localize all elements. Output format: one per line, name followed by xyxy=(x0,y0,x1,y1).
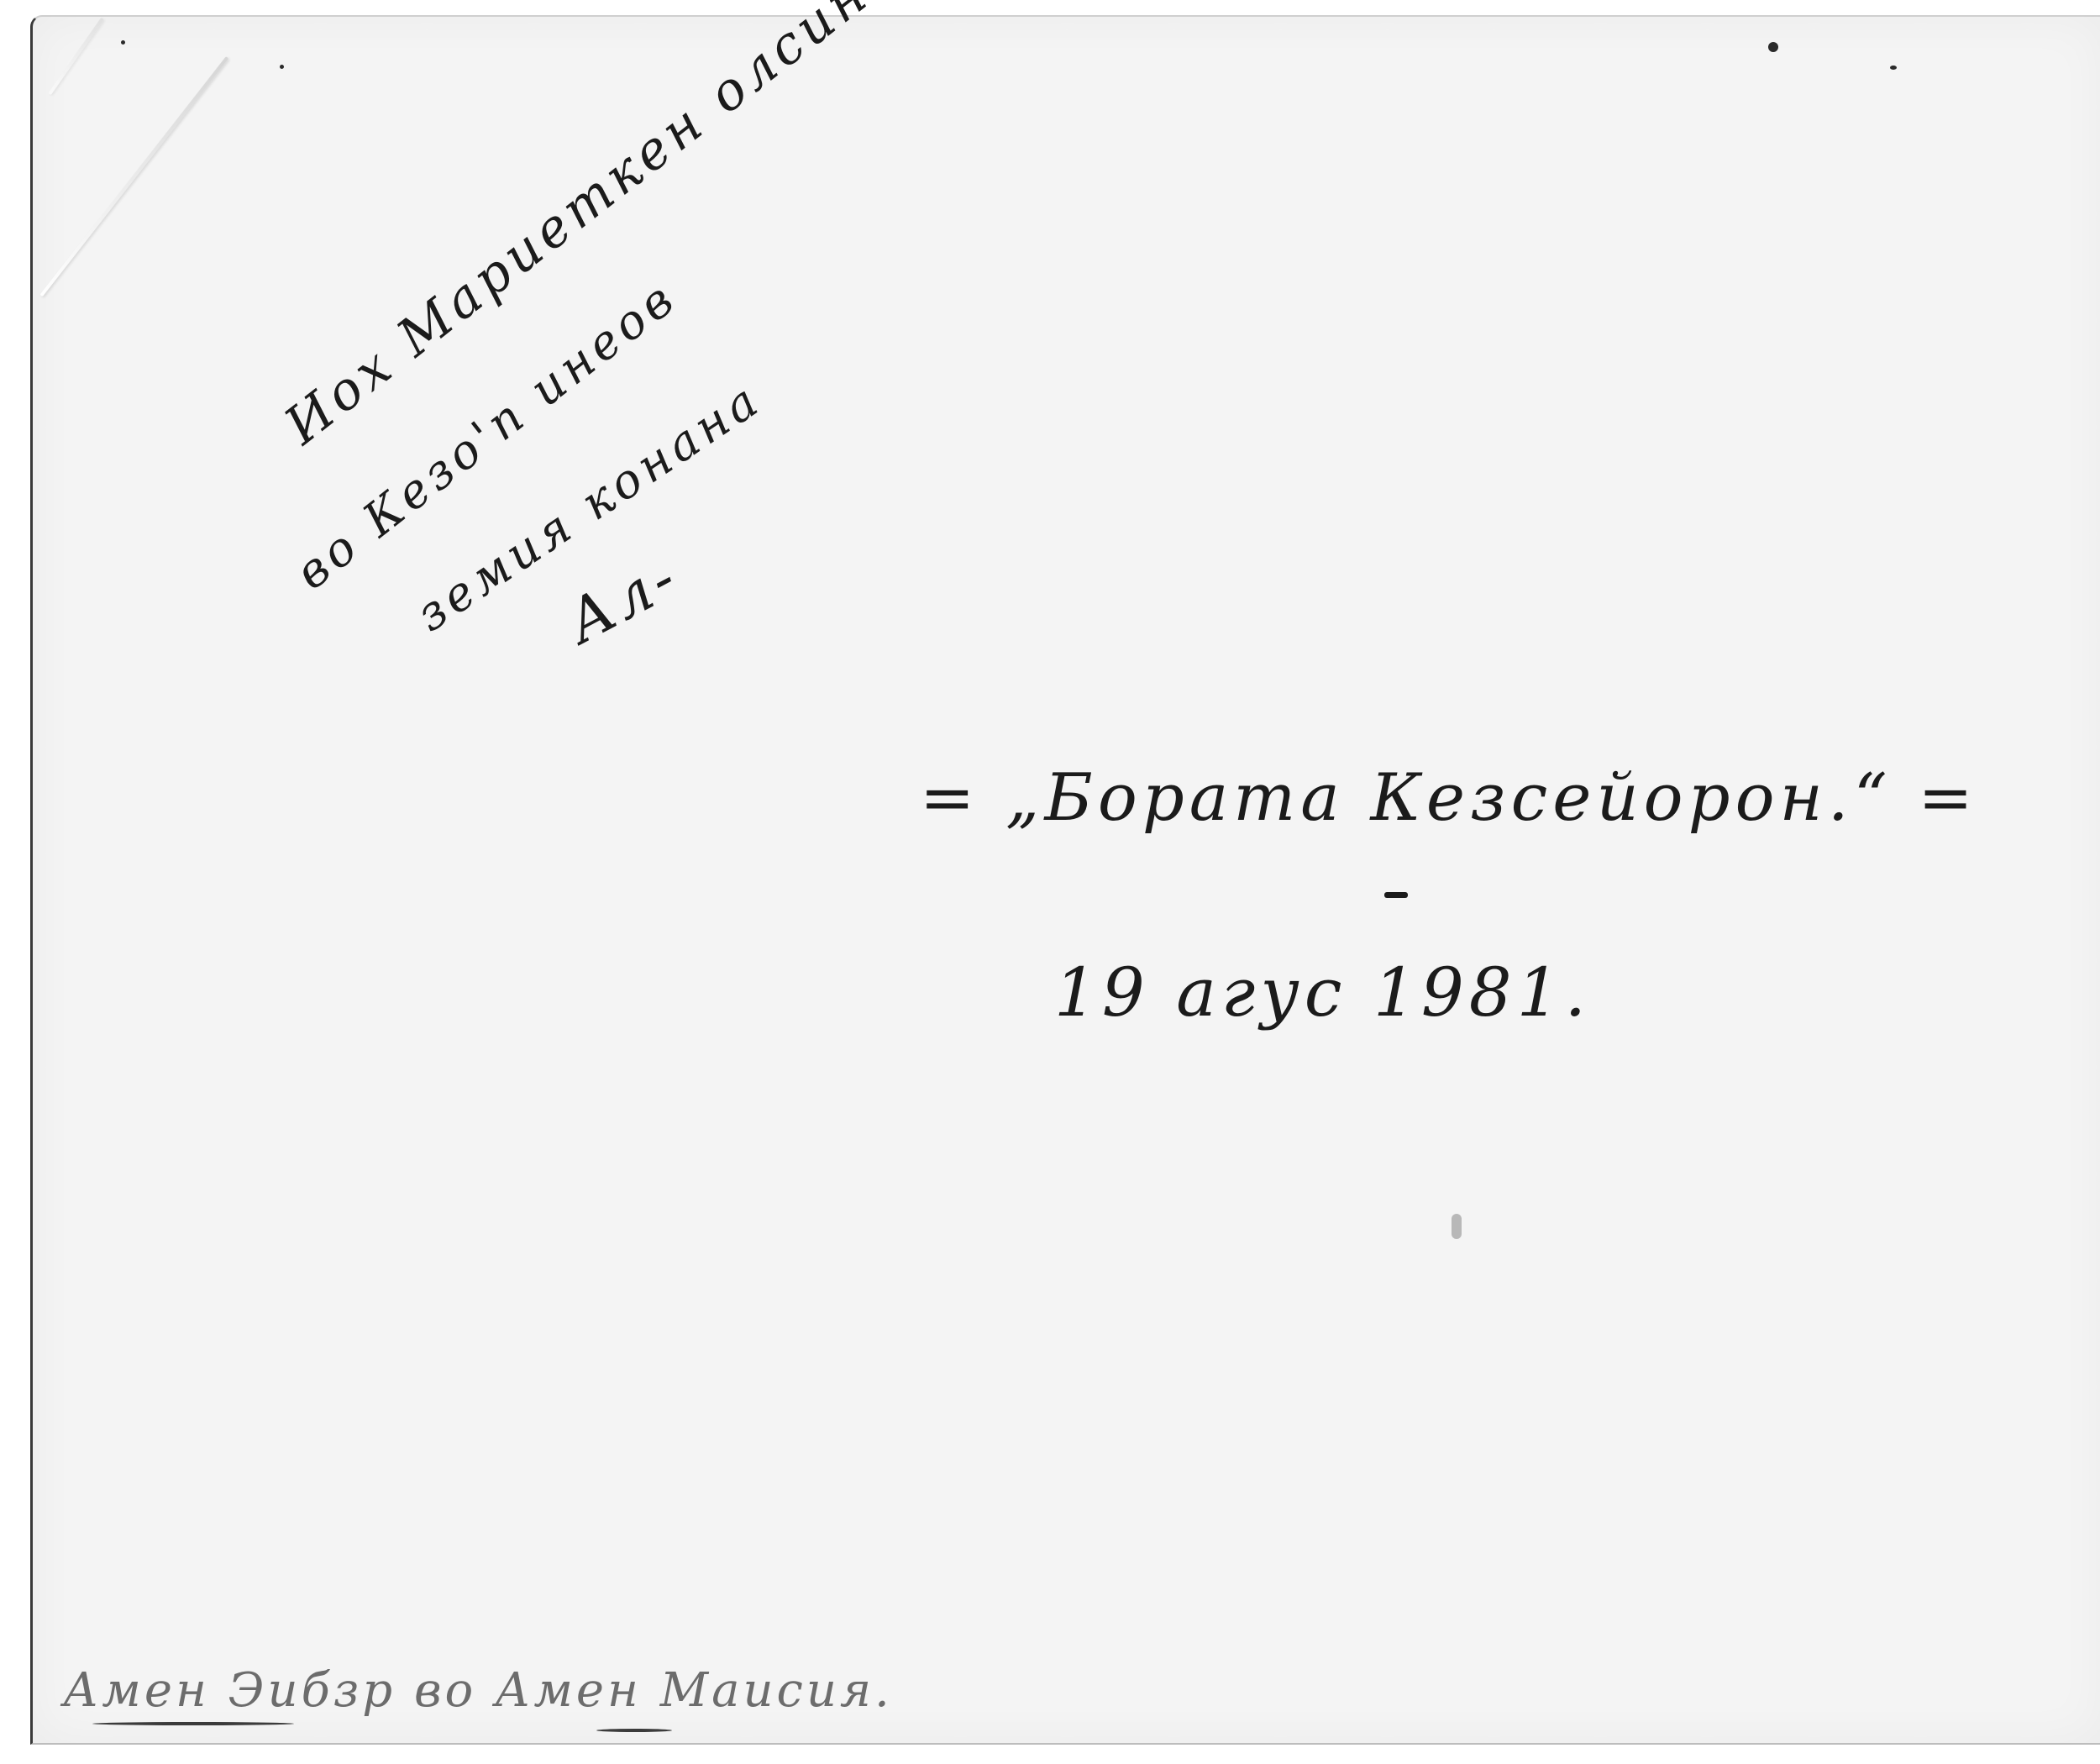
paper-crease-secondary xyxy=(48,18,103,95)
paper-crease xyxy=(39,56,228,297)
footer-pencil-note: Амен Эибзр во Амен Маисия. xyxy=(63,1663,893,1718)
footer-scribble-underline xyxy=(92,1722,294,1725)
ink-speck xyxy=(1890,66,1897,70)
title-inscription: = „Бората Кезсейорон.“ = xyxy=(920,760,1978,836)
faint-mark xyxy=(1452,1214,1462,1239)
title-underline-mark xyxy=(1384,892,1408,898)
photo-back-sheet xyxy=(30,15,2100,1745)
ink-speck xyxy=(121,40,125,45)
ink-speck xyxy=(1768,42,1778,52)
date-inscription: 19 агус 1981. xyxy=(1054,953,1591,1032)
footer-name-underline xyxy=(596,1729,672,1732)
ink-speck xyxy=(280,65,284,69)
